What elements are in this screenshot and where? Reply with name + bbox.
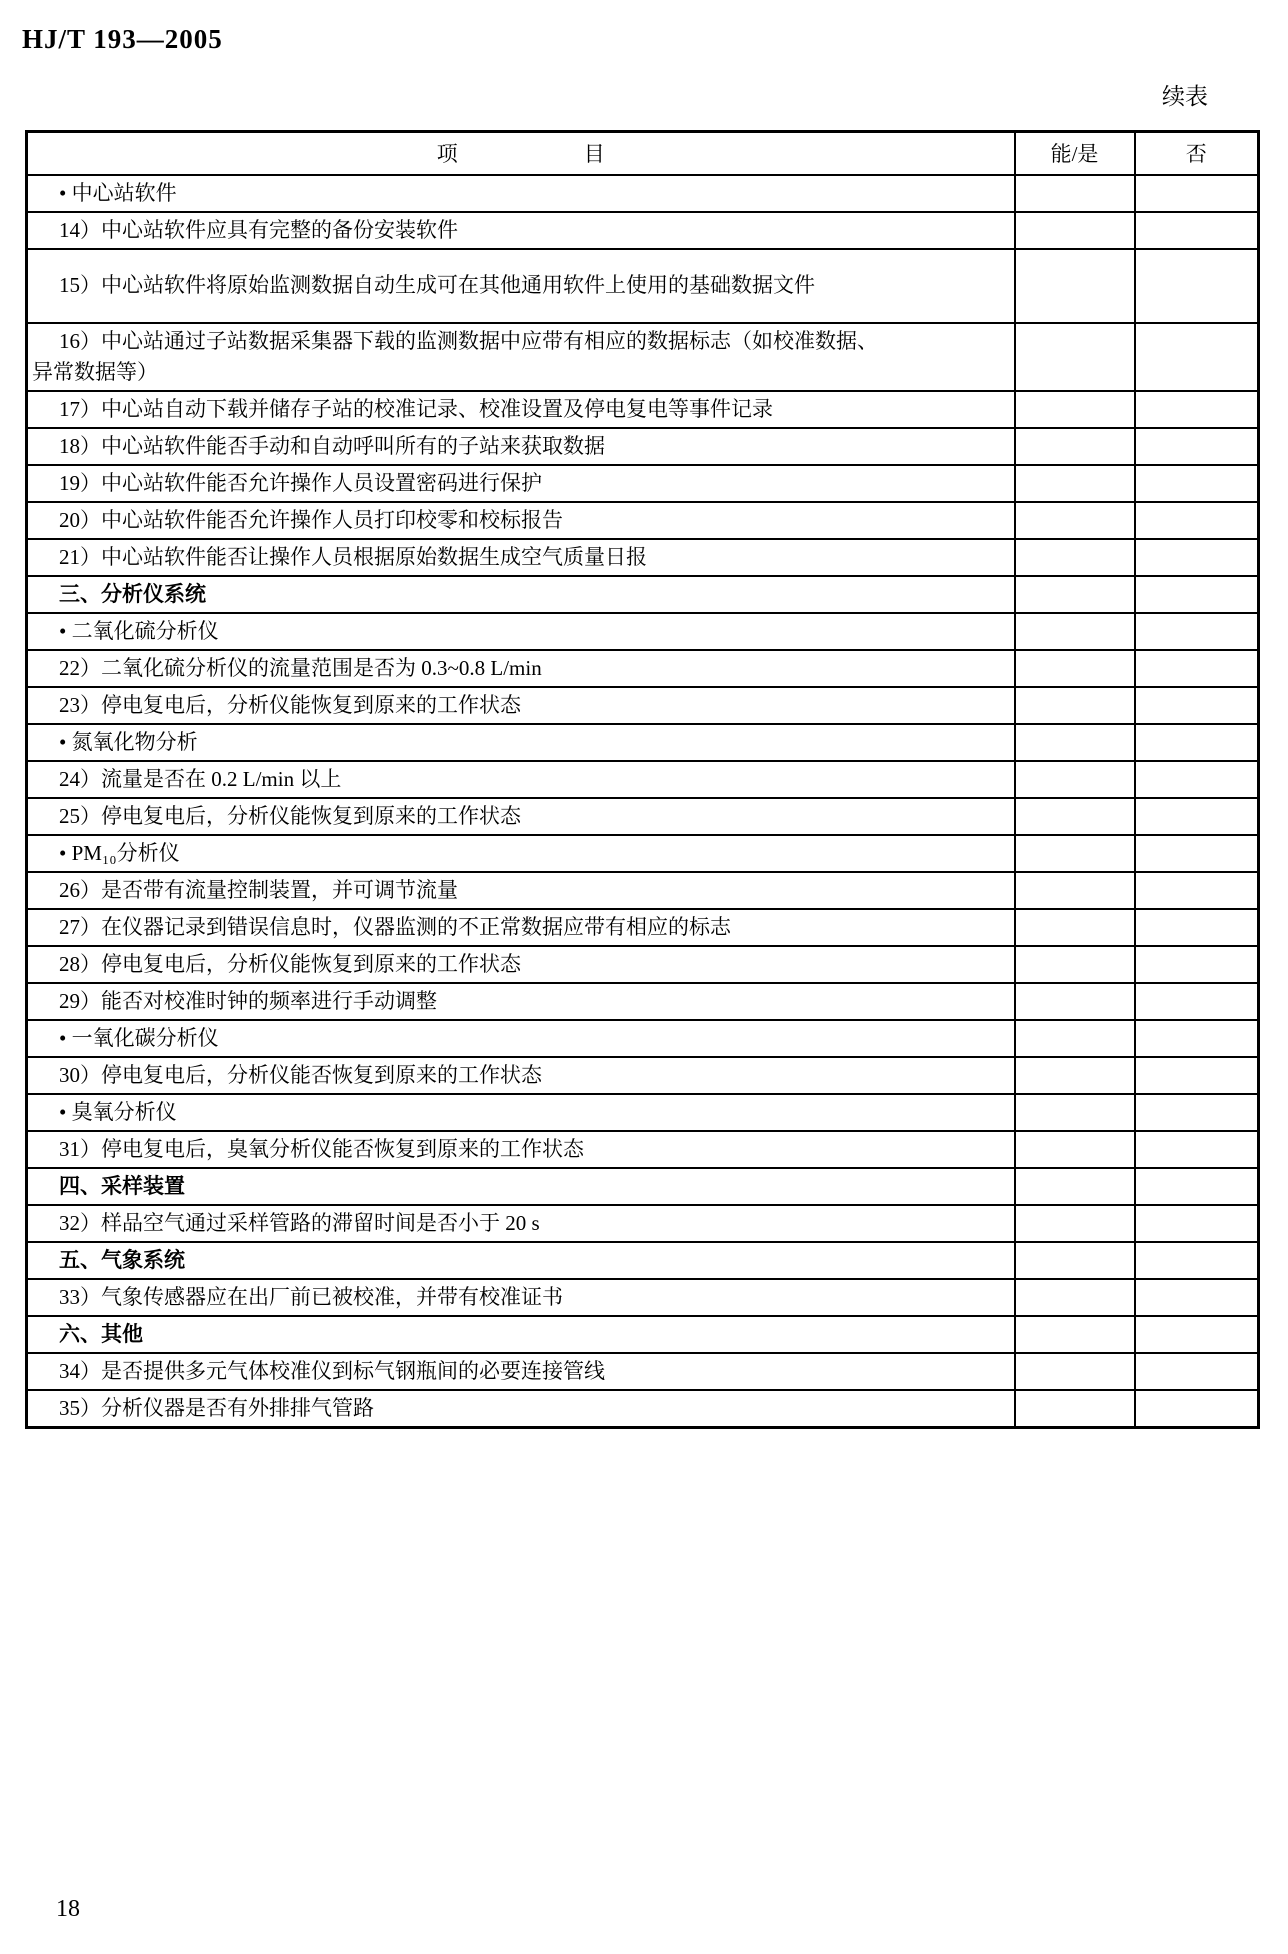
no-cell <box>1135 1316 1259 1353</box>
table-row: • 二氧化硫分析仪 <box>27 613 1259 650</box>
item-text-cell: 33）气象传感器应在出厂前已被校准，并带有校准证书 <box>27 1279 1015 1316</box>
no-cell <box>1135 539 1259 576</box>
no-cell <box>1135 872 1259 909</box>
yes-cell <box>1015 1205 1135 1242</box>
item-text-cell: 24）流量是否在 0.2 L/min 以上 <box>27 761 1015 798</box>
no-cell <box>1135 1279 1259 1316</box>
item-text-cell: 26）是否带有流量控制装置，并可调节流量 <box>27 872 1015 909</box>
table-row: 31）停电复电后，臭氧分析仪能否恢复到原来的工作状态 <box>27 1131 1259 1168</box>
table-row: 32）样品空气通过采样管路的滞留时间是否小于 20 s <box>27 1205 1259 1242</box>
table-row: 四、采样装置 <box>27 1168 1259 1205</box>
item-text-cell: • 氮氧化物分析 <box>27 724 1015 761</box>
yes-cell <box>1015 724 1135 761</box>
table-row: • PM₁₀分析仪 <box>27 835 1259 872</box>
yes-cell <box>1015 249 1135 323</box>
yes-cell <box>1015 798 1135 835</box>
item-text-cell: 17）中心站自动下载并储存子站的校准记录、校准设置及停电复电等事件记录 <box>27 391 1015 428</box>
standard-code-heading: HJ/T 193—2005 <box>22 24 223 55</box>
section-heading-cell: 三、分析仪系统 <box>27 576 1015 613</box>
yes-cell <box>1015 576 1135 613</box>
yes-cell <box>1015 1316 1135 1353</box>
yes-cell <box>1015 1390 1135 1428</box>
yes-cell <box>1015 323 1135 391</box>
table-row: • 氮氧化物分析 <box>27 724 1259 761</box>
item-text-cell: 25）停电复电后，分析仪能恢复到原来的工作状态 <box>27 798 1015 835</box>
yes-cell <box>1015 687 1135 724</box>
table-row: 30）停电复电后，分析仪能否恢复到原来的工作状态 <box>27 1057 1259 1094</box>
section-heading-cell: 五、气象系统 <box>27 1242 1015 1279</box>
no-cell <box>1135 1353 1259 1390</box>
no-cell <box>1135 724 1259 761</box>
no-cell <box>1135 323 1259 391</box>
item-text-cell: 20）中心站软件能否允许操作人员打印校零和校标报告 <box>27 502 1015 539</box>
no-cell <box>1135 1020 1259 1057</box>
table-row: 19）中心站软件能否允许操作人员设置密码进行保护 <box>27 465 1259 502</box>
table-row: 29）能否对校准时钟的频率进行手动调整 <box>27 983 1259 1020</box>
no-cell <box>1135 1242 1259 1279</box>
yes-cell <box>1015 761 1135 798</box>
table-row: 20）中心站软件能否允许操作人员打印校零和校标报告 <box>27 502 1259 539</box>
table-row: 23）停电复电后，分析仪能恢复到原来的工作状态 <box>27 687 1259 724</box>
item-text-cell: 16）中心站通过子站数据采集器下载的监测数据中应带有相应的数据标志（如校准数据、… <box>27 323 1015 391</box>
table-row: 27）在仪器记录到错误信息时，仪器监测的不正常数据应带有相应的标志 <box>27 909 1259 946</box>
yes-cell <box>1015 428 1135 465</box>
checklist-table: 项 目 能/是 否 • 中心站软件14）中心站软件应具有完整的备份安装软件15）… <box>25 130 1260 1429</box>
item-text-cell: 34）是否提供多元气体校准仪到标气钢瓶间的必要连接管线 <box>27 1353 1015 1390</box>
table-row: 五、气象系统 <box>27 1242 1259 1279</box>
item-text-cell: • 二氧化硫分析仪 <box>27 613 1015 650</box>
table-row: • 臭氧分析仪 <box>27 1094 1259 1131</box>
yes-cell <box>1015 946 1135 983</box>
yes-cell <box>1015 1168 1135 1205</box>
table-row: 三、分析仪系统 <box>27 576 1259 613</box>
item-text-cell: 30）停电复电后，分析仪能否恢复到原来的工作状态 <box>27 1057 1015 1094</box>
yes-cell <box>1015 909 1135 946</box>
no-cell <box>1135 1131 1259 1168</box>
no-cell <box>1135 502 1259 539</box>
item-text-cell: • 一氧化碳分析仪 <box>27 1020 1015 1057</box>
no-cell <box>1135 249 1259 323</box>
no-cell <box>1135 761 1259 798</box>
item-text-cell: 18）中心站软件能否手动和自动呼叫所有的子站来获取数据 <box>27 428 1015 465</box>
no-cell <box>1135 650 1259 687</box>
item-text-cell: 32）样品空气通过采样管路的滞留时间是否小于 20 s <box>27 1205 1015 1242</box>
yes-cell <box>1015 1242 1135 1279</box>
yes-cell <box>1015 539 1135 576</box>
yes-cell <box>1015 1353 1135 1390</box>
no-cell <box>1135 175 1259 212</box>
no-cell <box>1135 428 1259 465</box>
item-text-cell: 31）停电复电后，臭氧分析仪能否恢复到原来的工作状态 <box>27 1131 1015 1168</box>
item-text-cell: 22）二氧化硫分析仪的流量范围是否为 0.3~0.8 L/min <box>27 650 1015 687</box>
col-header-yes: 能/是 <box>1015 132 1135 175</box>
yes-cell <box>1015 983 1135 1020</box>
item-text-cell: 21）中心站软件能否让操作人员根据原始数据生成空气质量日报 <box>27 539 1015 576</box>
table-header: 项 目 能/是 否 <box>27 132 1259 175</box>
col-header-item: 项 目 <box>27 132 1015 175</box>
table-row: 22）二氧化硫分析仪的流量范围是否为 0.3~0.8 L/min <box>27 650 1259 687</box>
no-cell <box>1135 835 1259 872</box>
table-row: • 一氧化碳分析仪 <box>27 1020 1259 1057</box>
no-cell <box>1135 798 1259 835</box>
no-cell <box>1135 465 1259 502</box>
item-text-cell: • PM₁₀分析仪 <box>27 835 1015 872</box>
no-cell <box>1135 212 1259 249</box>
table-row: 17）中心站自动下载并储存子站的校准记录、校准设置及停电复电等事件记录 <box>27 391 1259 428</box>
no-cell <box>1135 1168 1259 1205</box>
yes-cell <box>1015 835 1135 872</box>
table-row: 14）中心站软件应具有完整的备份安装软件 <box>27 212 1259 249</box>
yes-cell <box>1015 1057 1135 1094</box>
item-text-cell: 19）中心站软件能否允许操作人员设置密码进行保护 <box>27 465 1015 502</box>
table-row: 24）流量是否在 0.2 L/min 以上 <box>27 761 1259 798</box>
no-cell <box>1135 1094 1259 1131</box>
item-text-cell: 28）停电复电后，分析仪能恢复到原来的工作状态 <box>27 946 1015 983</box>
table-body: • 中心站软件14）中心站软件应具有完整的备份安装软件15）中心站软件将原始监测… <box>27 175 1259 1428</box>
table-row: 15）中心站软件将原始监测数据自动生成可在其他通用软件上使用的基础数据文件 <box>27 249 1259 323</box>
page-number: 18 <box>56 1896 80 1923</box>
no-cell <box>1135 1057 1259 1094</box>
yes-cell <box>1015 1279 1135 1316</box>
table-row: 33）气象传感器应在出厂前已被校准，并带有校准证书 <box>27 1279 1259 1316</box>
no-cell <box>1135 687 1259 724</box>
item-text-cell: 27）在仪器记录到错误信息时，仪器监测的不正常数据应带有相应的标志 <box>27 909 1015 946</box>
yes-cell <box>1015 613 1135 650</box>
table-row: 16）中心站通过子站数据采集器下载的监测数据中应带有相应的数据标志（如校准数据、… <box>27 323 1259 391</box>
yes-cell <box>1015 1094 1135 1131</box>
yes-cell <box>1015 391 1135 428</box>
no-cell <box>1135 1390 1259 1428</box>
section-heading-cell: 六、其他 <box>27 1316 1015 1353</box>
table-row: 34）是否提供多元气体校准仪到标气钢瓶间的必要连接管线 <box>27 1353 1259 1390</box>
no-cell <box>1135 909 1259 946</box>
table-row: • 中心站软件 <box>27 175 1259 212</box>
item-text-cell: • 中心站软件 <box>27 175 1015 212</box>
item-text-cell: 14）中心站软件应具有完整的备份安装软件 <box>27 212 1015 249</box>
section-heading-cell: 四、采样装置 <box>27 1168 1015 1205</box>
table-row: 28）停电复电后，分析仪能恢复到原来的工作状态 <box>27 946 1259 983</box>
table-row: 21）中心站软件能否让操作人员根据原始数据生成空气质量日报 <box>27 539 1259 576</box>
col-header-no: 否 <box>1135 132 1259 175</box>
yes-cell <box>1015 465 1135 502</box>
table-row: 25）停电复电后，分析仪能恢复到原来的工作状态 <box>27 798 1259 835</box>
no-cell <box>1135 613 1259 650</box>
continued-table-label: 续表 <box>1162 78 1208 111</box>
item-text-cell: • 臭氧分析仪 <box>27 1094 1015 1131</box>
header-row: 项 目 能/是 否 <box>27 132 1259 175</box>
item-text-cell: 23）停电复电后，分析仪能恢复到原来的工作状态 <box>27 687 1015 724</box>
yes-cell <box>1015 872 1135 909</box>
table-row: 26）是否带有流量控制装置，并可调节流量 <box>27 872 1259 909</box>
yes-cell <box>1015 212 1135 249</box>
item-text-cell: 35）分析仪器是否有外排排气管路 <box>27 1390 1015 1428</box>
no-cell <box>1135 983 1259 1020</box>
yes-cell <box>1015 1020 1135 1057</box>
no-cell <box>1135 946 1259 983</box>
yes-cell <box>1015 175 1135 212</box>
yes-cell <box>1015 1131 1135 1168</box>
item-text-cell: 15）中心站软件将原始监测数据自动生成可在其他通用软件上使用的基础数据文件 <box>27 249 1015 323</box>
no-cell <box>1135 576 1259 613</box>
yes-cell <box>1015 502 1135 539</box>
table-row: 35）分析仪器是否有外排排气管路 <box>27 1390 1259 1428</box>
table-row: 六、其他 <box>27 1316 1259 1353</box>
table-row: 18）中心站软件能否手动和自动呼叫所有的子站来获取数据 <box>27 428 1259 465</box>
item-text-cell: 29）能否对校准时钟的频率进行手动调整 <box>27 983 1015 1020</box>
no-cell <box>1135 391 1259 428</box>
yes-cell <box>1015 650 1135 687</box>
document-page: HJ/T 193—2005 续表 项 目 能/是 否 • 中心站软件14）中心站… <box>0 0 1288 1954</box>
no-cell <box>1135 1205 1259 1242</box>
